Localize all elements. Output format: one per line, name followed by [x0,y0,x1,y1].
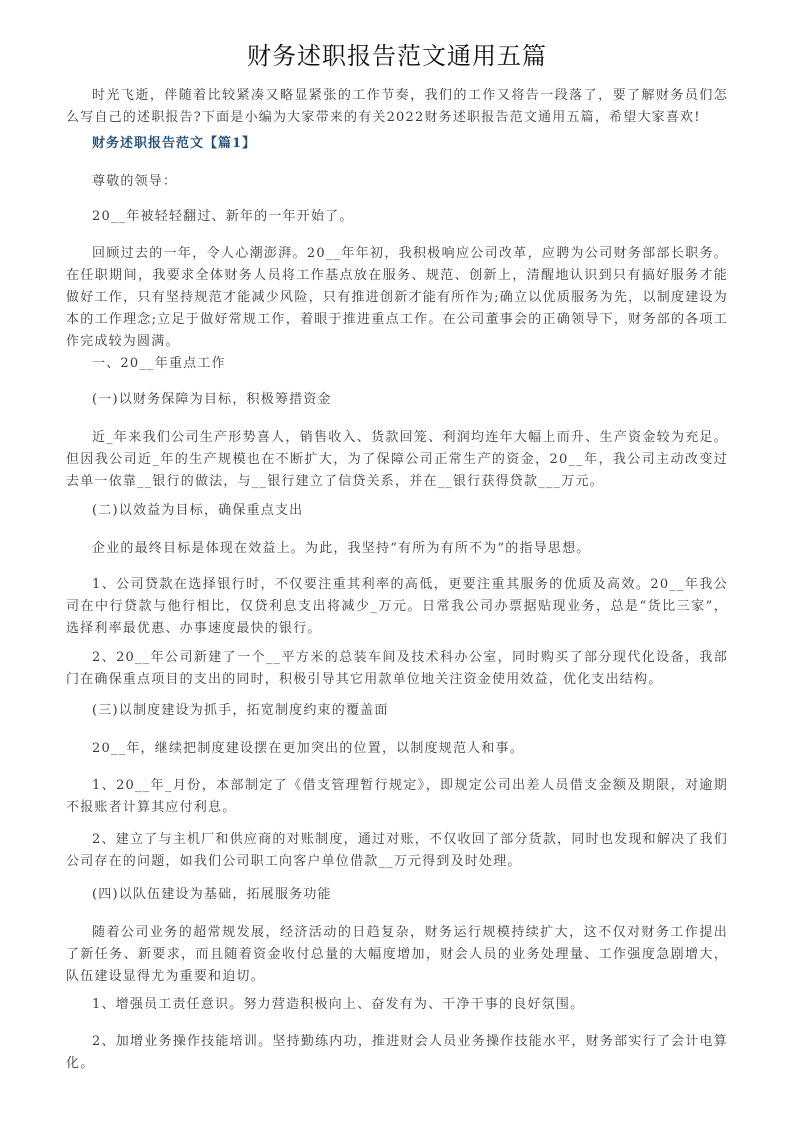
paragraph: 企业的最终目标是体现在效益上。为此，我坚持“有所为有所不为”的指导思想。 [66,538,728,560]
paragraph: 20__年，继续把制度建设摆在更加突出的位置，以制度规范人和事。 [66,738,728,760]
salutation: 尊敬的领导： [66,171,728,193]
subheading: (四)以队伍建设为基础，拓展服务功能 [66,884,728,906]
paragraph: 近_年来我们公司生产形势喜人，销售收入、货款回笼、利润均连年大幅上而升、生产资金… [66,427,728,493]
section-heading: 财务述职报告范文【篇1】 [92,133,256,155]
subheading: 一、20__年重点工作 [66,353,728,375]
paragraph: 1、增强员工责任意识。努力营造积极向上、奋发有为、干净干事的良好氛围。 [66,994,728,1016]
subheading: (二)以效益为目标，确保重点支出 [66,500,728,522]
paragraph: 2、建立了与主机厂和供应商的对账制度，通过对账，不仅收回了部分货款，同时也发现和… [66,829,728,873]
subheading: (三)以制度建设为抓手，拓宽制度约束的覆盖面 [66,700,728,722]
paragraph: 1、公司贷款在选择银行时，不仅要注重其利率的高低，更要注重其服务的优质及高效。2… [66,574,728,640]
paragraph: 20__年被轻轻翻过、新年的一年开始了。 [66,206,728,228]
paragraph: 回顾过去的一年，令人心潮澎湃。20__年年初，我积极响应公司改革，应聘为公司财务… [66,243,728,353]
subheading: (一)以财务保障为目标，积极筹措资金 [66,389,728,411]
intro-paragraph: 时光飞逝，伴随着比较紧凑又略显紧张的工作节奏，我们的工作又将告一段落了，要了解财… [66,85,728,129]
paragraph: 2、加增业务操作技能培训。坚持勤练内功，推进财会人员业务操作技能水平，财务部实行… [66,1031,728,1075]
paragraph: 随着公司业务的超常规发展，经济活动的日趋复杂，财务运行规模持续扩大，这不仅对财务… [66,922,728,988]
document-title: 财务述职报告范文通用五篇 [0,36,794,71]
paragraph: 1、20__年_月份，本部制定了《借支管理暂行规定》，即规定公司出差人员借支金额… [66,775,728,819]
paragraph: 2、20__年公司新建了一个__平方米的总装车间及技术科办公室，同时购买了部分现… [66,647,728,691]
